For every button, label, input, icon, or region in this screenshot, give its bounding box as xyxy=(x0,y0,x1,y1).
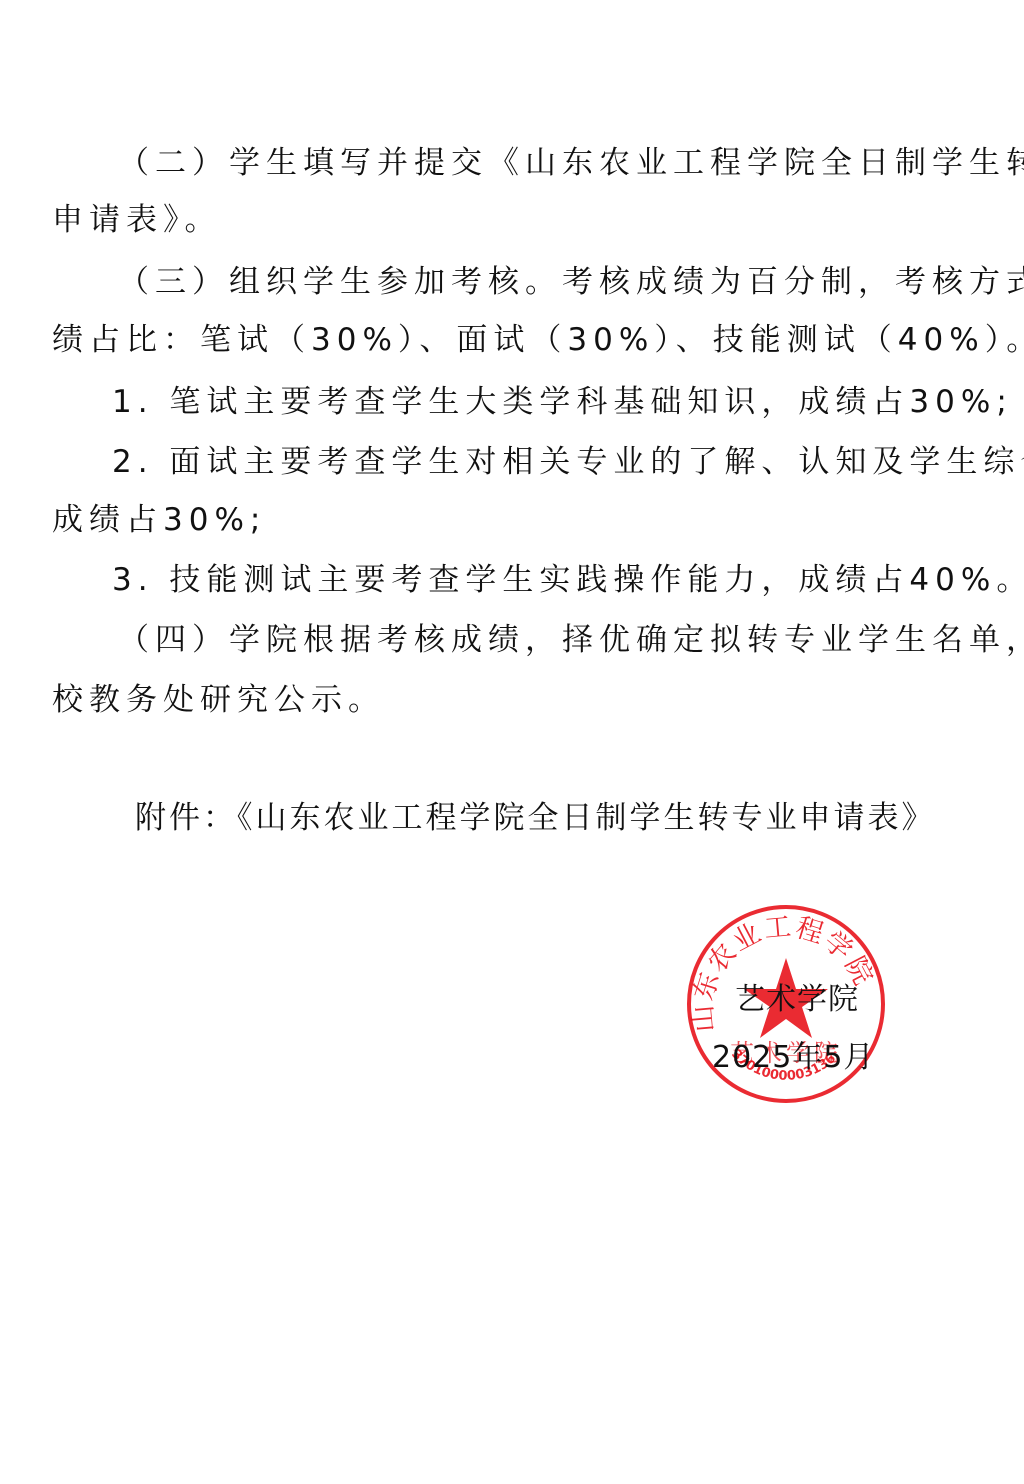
list-item-2-line-1: 2. 面试主要考查学生对相关专业的了解、认知及学生综合素养， xyxy=(112,442,1024,482)
paragraph-2-line-2: 申请表》。 xyxy=(52,200,222,240)
list-item-1: 1. 笔试主要考查学生大类学科基础知识，成绩占30%; xyxy=(112,382,1013,422)
signature-date: 2025年5月 xyxy=(712,1040,874,1076)
paragraph-2-line-1: （二）学生填写并提交《山东农业工程学院全日制学生转专业 xyxy=(118,143,1024,183)
list-item-2-line-2: 成绩占30%; xyxy=(52,500,266,540)
list-item-3: 3. 技能测试主要考查学生实践操作能力，成绩占40%。 xyxy=(112,560,1024,600)
signature-unit: 艺术学院 xyxy=(735,982,859,1018)
paragraph-4-line-1: （四）学院根据考核成绩，择优确定拟转专业学生名单，报学 xyxy=(118,620,1024,660)
paragraph-3-line-1: （三）组织学生参加考核。考核成绩为百分制，考核方式及成 xyxy=(118,262,1024,302)
attachment-line: 附件：《山东农业工程学院全日制学生转专业申请表》 xyxy=(135,798,936,838)
paragraph-4-line-2: 校教务处研究公示。 xyxy=(52,680,385,720)
paragraph-3-line-2: 绩占比：笔试（30%）、面试（30%）、技能测试（40%）。 xyxy=(52,320,1024,360)
